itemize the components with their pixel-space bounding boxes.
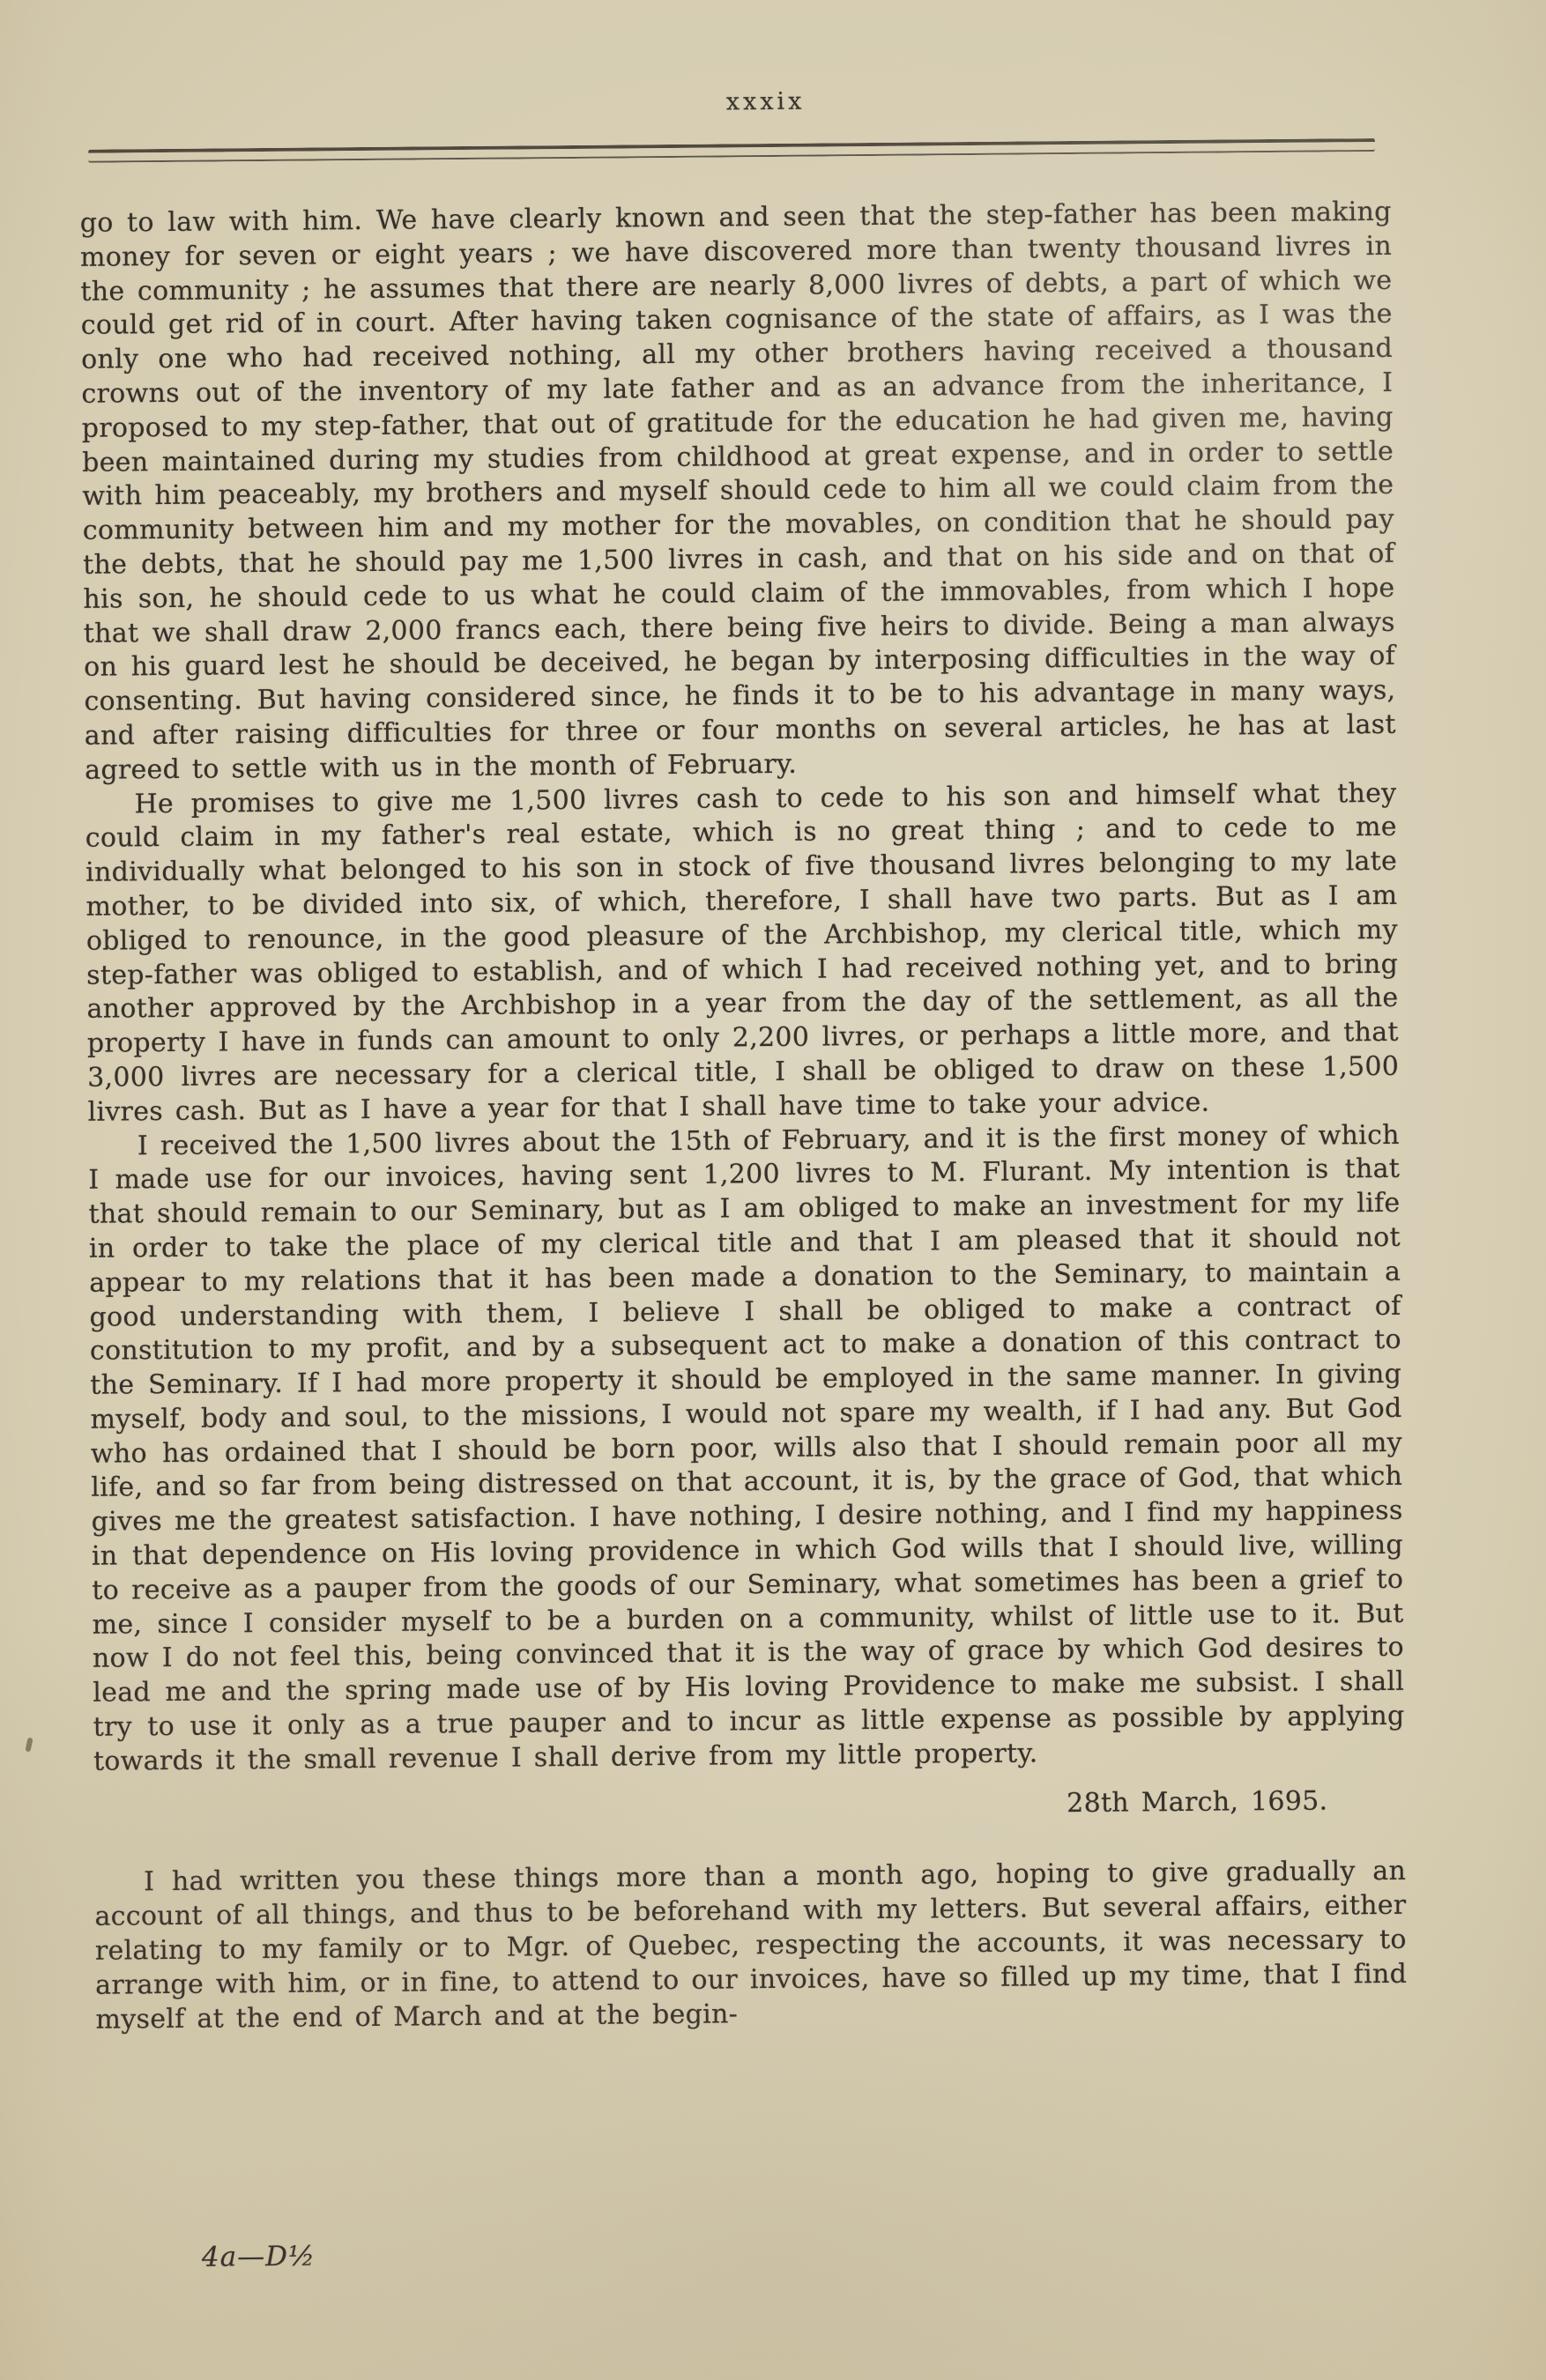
- page-number: xxxix: [0, 81, 1539, 122]
- page-sheet: xxxix go to law with him. We have clearl…: [0, 0, 1546, 2380]
- letter-body: go to law with him. We have clearly know…: [80, 196, 1408, 2037]
- header-double-rule: [88, 138, 1375, 163]
- scanned-book-page: xxxix go to law with him. We have clearl…: [0, 0, 1546, 2380]
- letter-date: 28th March, 1695.: [93, 1783, 1405, 1829]
- paragraph-received-livres: I received the 1,500 livres about the 15…: [88, 1118, 1405, 1779]
- paragraph-continuation: go to law with him. We have clearly know…: [80, 196, 1397, 789]
- paragraph-settlement-promise: He promises to give me 1,500 livres cash…: [85, 776, 1399, 1130]
- paragraph-postscript: I had written you these things more than…: [94, 1855, 1408, 2037]
- printer-signature: 4a—D½: [202, 2241, 316, 2273]
